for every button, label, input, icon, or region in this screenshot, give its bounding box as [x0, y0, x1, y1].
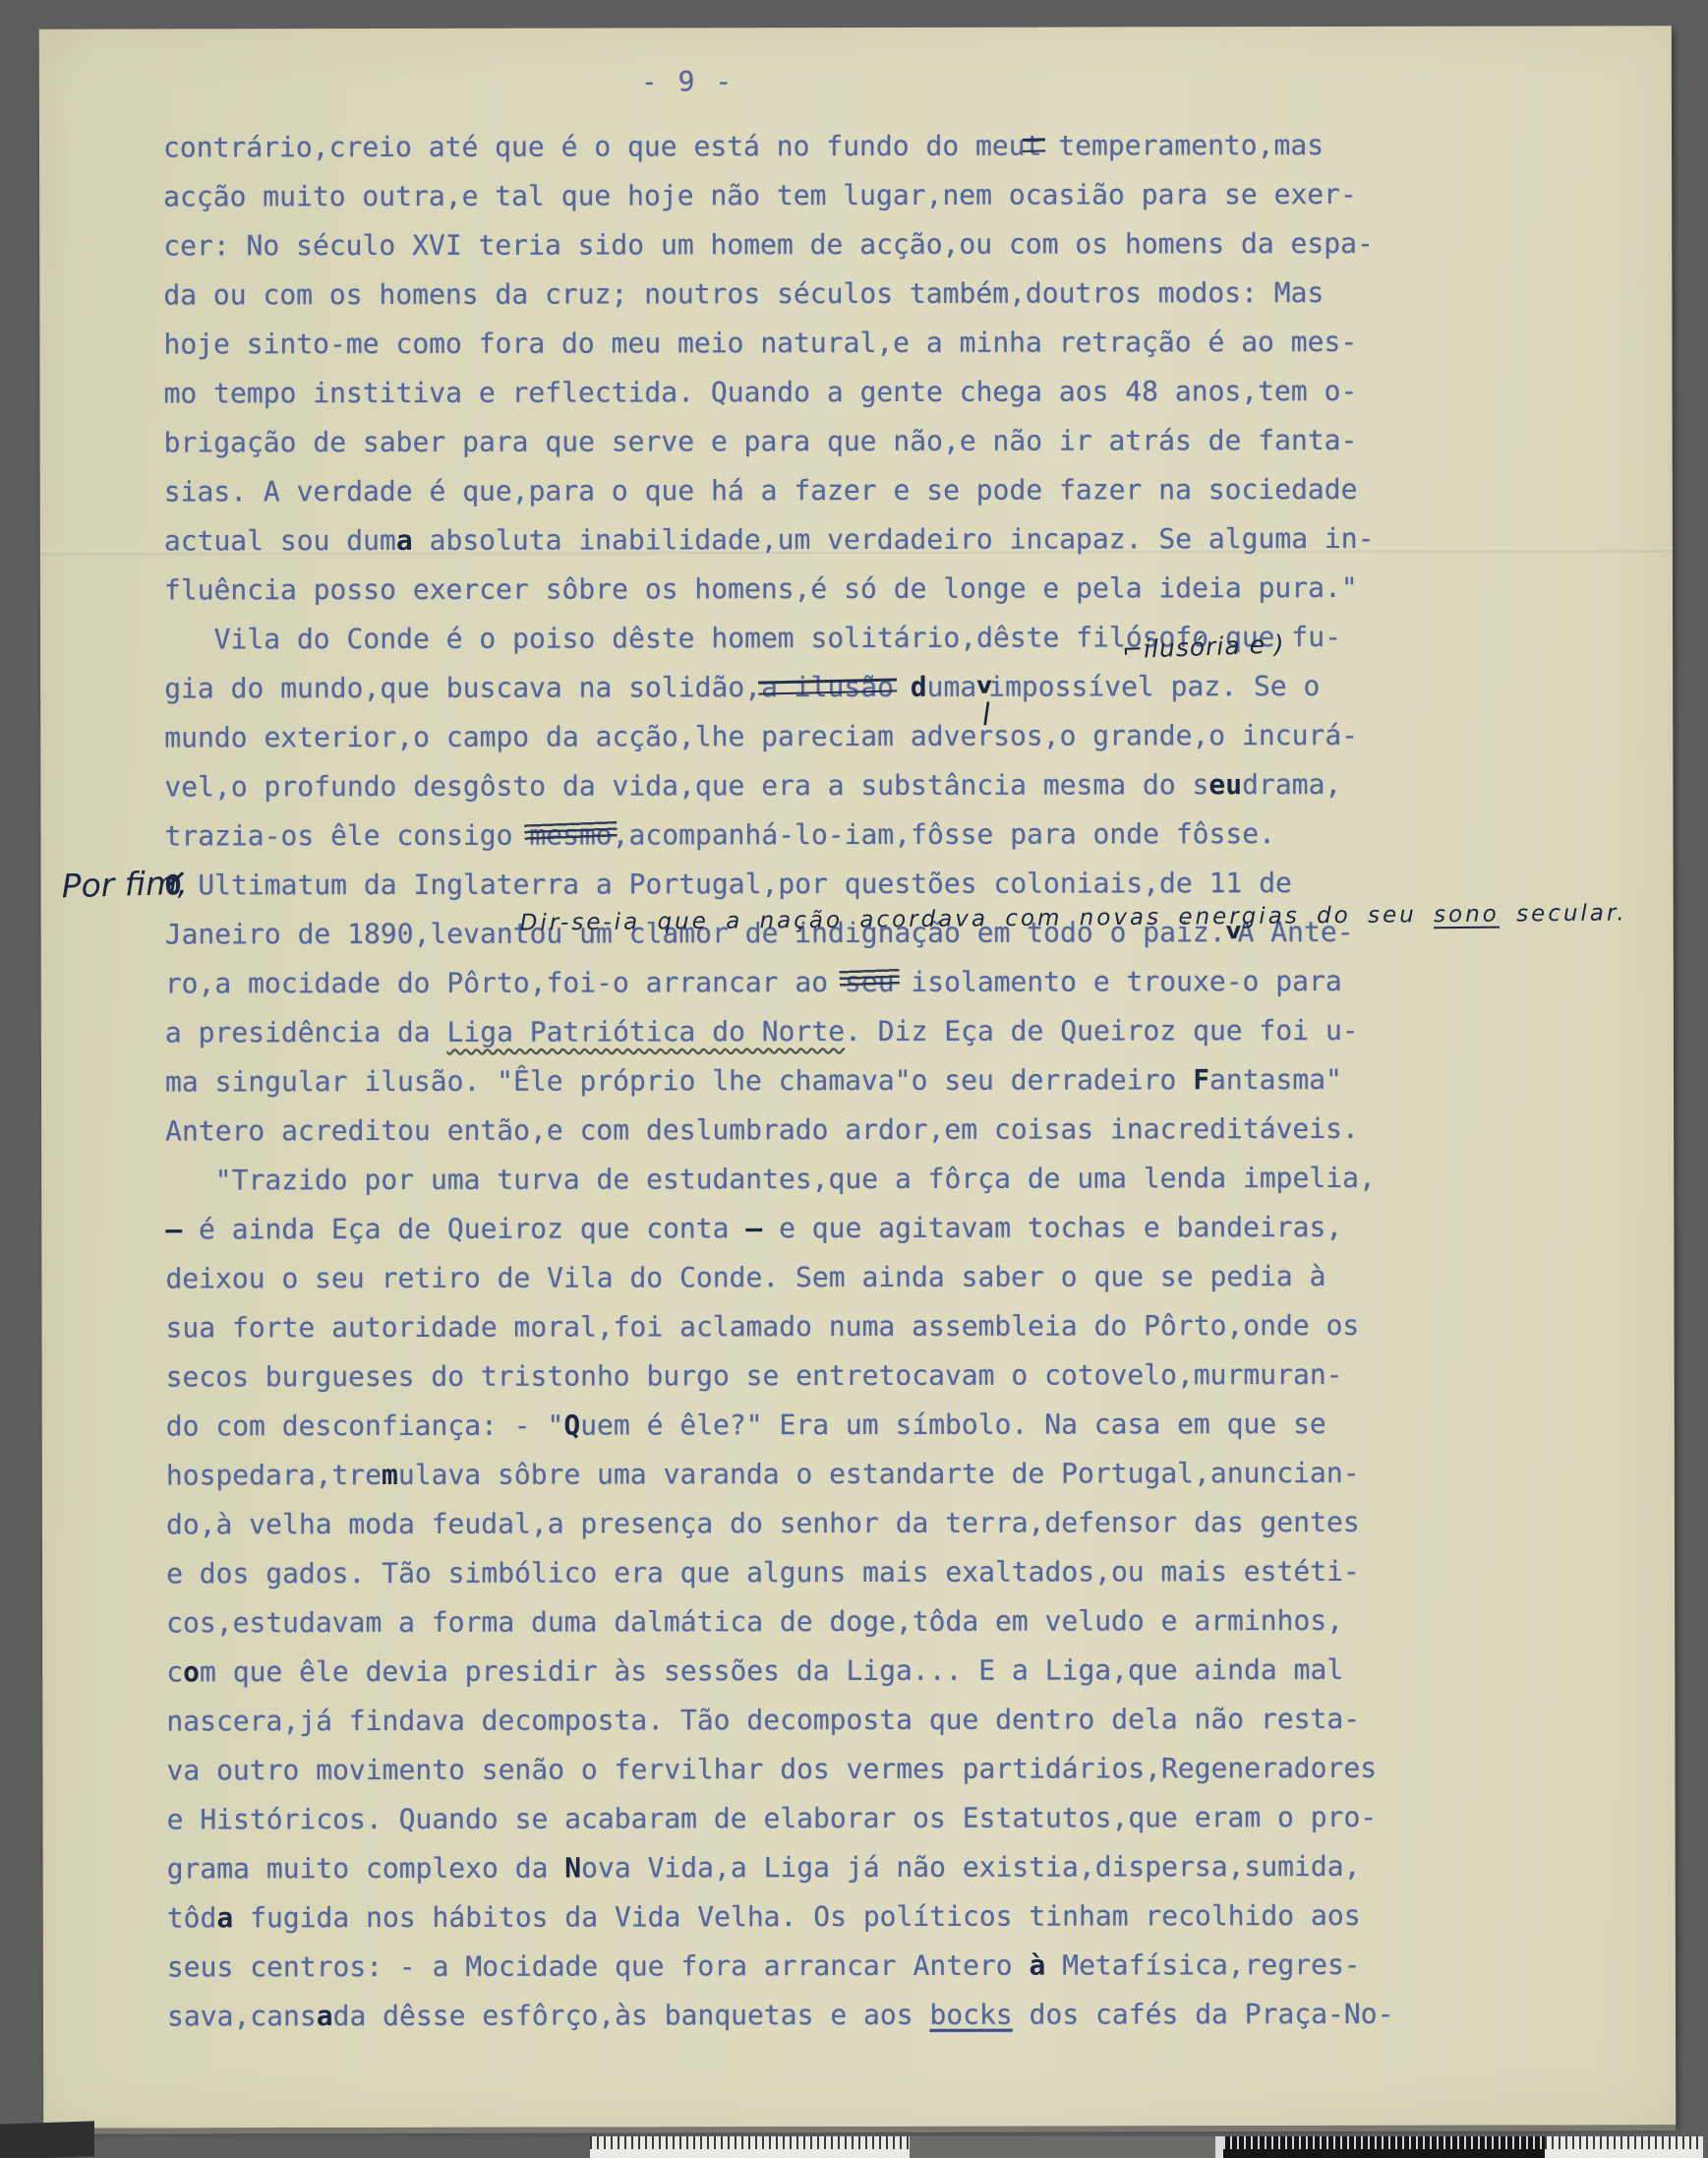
- typescript-line: gia do mundo,que buscava na solidão,a il…: [164, 661, 1639, 713]
- text-block: contrário,creio até que é o que está no …: [163, 120, 1642, 2041]
- typescript-line: cer: No século XVI teria sido um homem d…: [163, 218, 1638, 270]
- typescript-line: ma singular ilusão. "Êle próprio lhe cha…: [165, 1054, 1640, 1107]
- document-page: - 9 - contrário,creio até que é o que es…: [39, 26, 1676, 2128]
- typescript-line: fluência posso exercer sôbre os homens,é…: [164, 563, 1639, 615]
- typescript-line: do com desconfiança: - "Quem é êle?" Era…: [166, 1399, 1641, 1451]
- typescript-line: seus centros: - a Mocidade que fora arra…: [167, 1940, 1642, 1992]
- typescript-line: a presidência da Liga Patriótica do Nort…: [165, 1005, 1640, 1057]
- typescript-line: contrário,creio até que é o que está no …: [163, 120, 1638, 172]
- scale-bar-white-segment: [1545, 2136, 1703, 2158]
- typescript-line: deixou o seu retiro de Vila do Conde. Se…: [165, 1251, 1640, 1303]
- typescript-line: com que êle devia presidir às sessões da…: [166, 1645, 1641, 1697]
- typescript-line: acção muito outra,e tal que hoje não tem…: [163, 169, 1638, 221]
- typescript-line: sua forte autoridade moral,foi aclamado …: [165, 1300, 1640, 1352]
- typescript-line: nascera,já findava decomposta. Tão decom…: [166, 1694, 1641, 1746]
- typescript-line: e Históricos. Quando se acabaram de elab…: [167, 1792, 1642, 1844]
- typescript-line: va outro movimento senão o fervilhar dos…: [166, 1743, 1641, 1795]
- typescript-line: ro,a mocidade do Pôrto,foi-o arrancar ao…: [165, 956, 1640, 1008]
- typescript-line: — é ainda Eça de Queiroz que conta — e q…: [165, 1202, 1640, 1254]
- typescript-line: brigação de saber para que serve e para …: [164, 415, 1639, 467]
- paper-bottom-edge: [43, 2125, 1676, 2133]
- scale-bar-white-segment: [590, 2136, 910, 2158]
- scanned-typescript-screenshot: { "page": { "number_label": "- 9 -" }, "…: [0, 0, 1708, 2158]
- typescript-line: grama muito complexo da Nova Vida,a Liga…: [167, 1841, 1642, 1893]
- handwritten-annotation: Por fim,: [61, 864, 188, 906]
- typescript-line: actual sou duma absoluta inabilidade,um …: [164, 513, 1639, 566]
- scale-bar: [0, 2136, 1708, 2158]
- typescript-line: hospedara,tremulava sôbre uma varanda o …: [166, 1448, 1641, 1500]
- typescript-line: do,à velha moda feudal,a presença do sen…: [166, 1497, 1641, 1549]
- typescript-line: Vila do Conde é o poiso dêste homem soli…: [164, 612, 1639, 664]
- typescript-line: "Trazido por uma turva de estudantes,que…: [165, 1153, 1640, 1205]
- typescript-line: sias. A verdade é que,para o que há a fa…: [164, 464, 1639, 516]
- typescript-line: vel,o profundo desgôsto da vida,que era …: [164, 759, 1639, 811]
- typescript-line: secos burgueses do tristonho burgo se en…: [166, 1349, 1641, 1402]
- typescript-line: Antero acreditou então,e com deslumbrado…: [165, 1104, 1640, 1156]
- typescript-line: tôda fugida nos hábitos da Vida Velha. O…: [167, 1890, 1642, 1943]
- typescript-line: da ou com os homens da cruz; noutros séc…: [163, 268, 1638, 320]
- typescript-line: mundo exterior,o campo da acção,lhe pare…: [164, 710, 1639, 762]
- typescript-line: hoje sinto-me como fora do meu meio natu…: [163, 317, 1638, 369]
- typescript-line: mo tempo institiva e reflectida. Quando …: [163, 366, 1638, 418]
- typescript-line: cos,estudavam a forma duma dalmática de …: [166, 1595, 1641, 1648]
- scale-bar-gray-segment: [910, 2136, 1215, 2158]
- scale-bar-black-segment: [1223, 2136, 1545, 2158]
- typescript-line: e dos gados. Tão simbólico era que algun…: [166, 1546, 1641, 1598]
- handwritten-annotation: ⌐ilusória e ): [1122, 629, 1286, 664]
- typescript-line: sava,cansada dêsse esfôrço,às banquetas …: [167, 1989, 1642, 2041]
- scale-bar-separator: [1215, 2136, 1223, 2158]
- typescript-line: trazia-os êle consigo mesmo,acompanhá-lo…: [164, 809, 1639, 861]
- page-number: - 9 -: [641, 65, 734, 97]
